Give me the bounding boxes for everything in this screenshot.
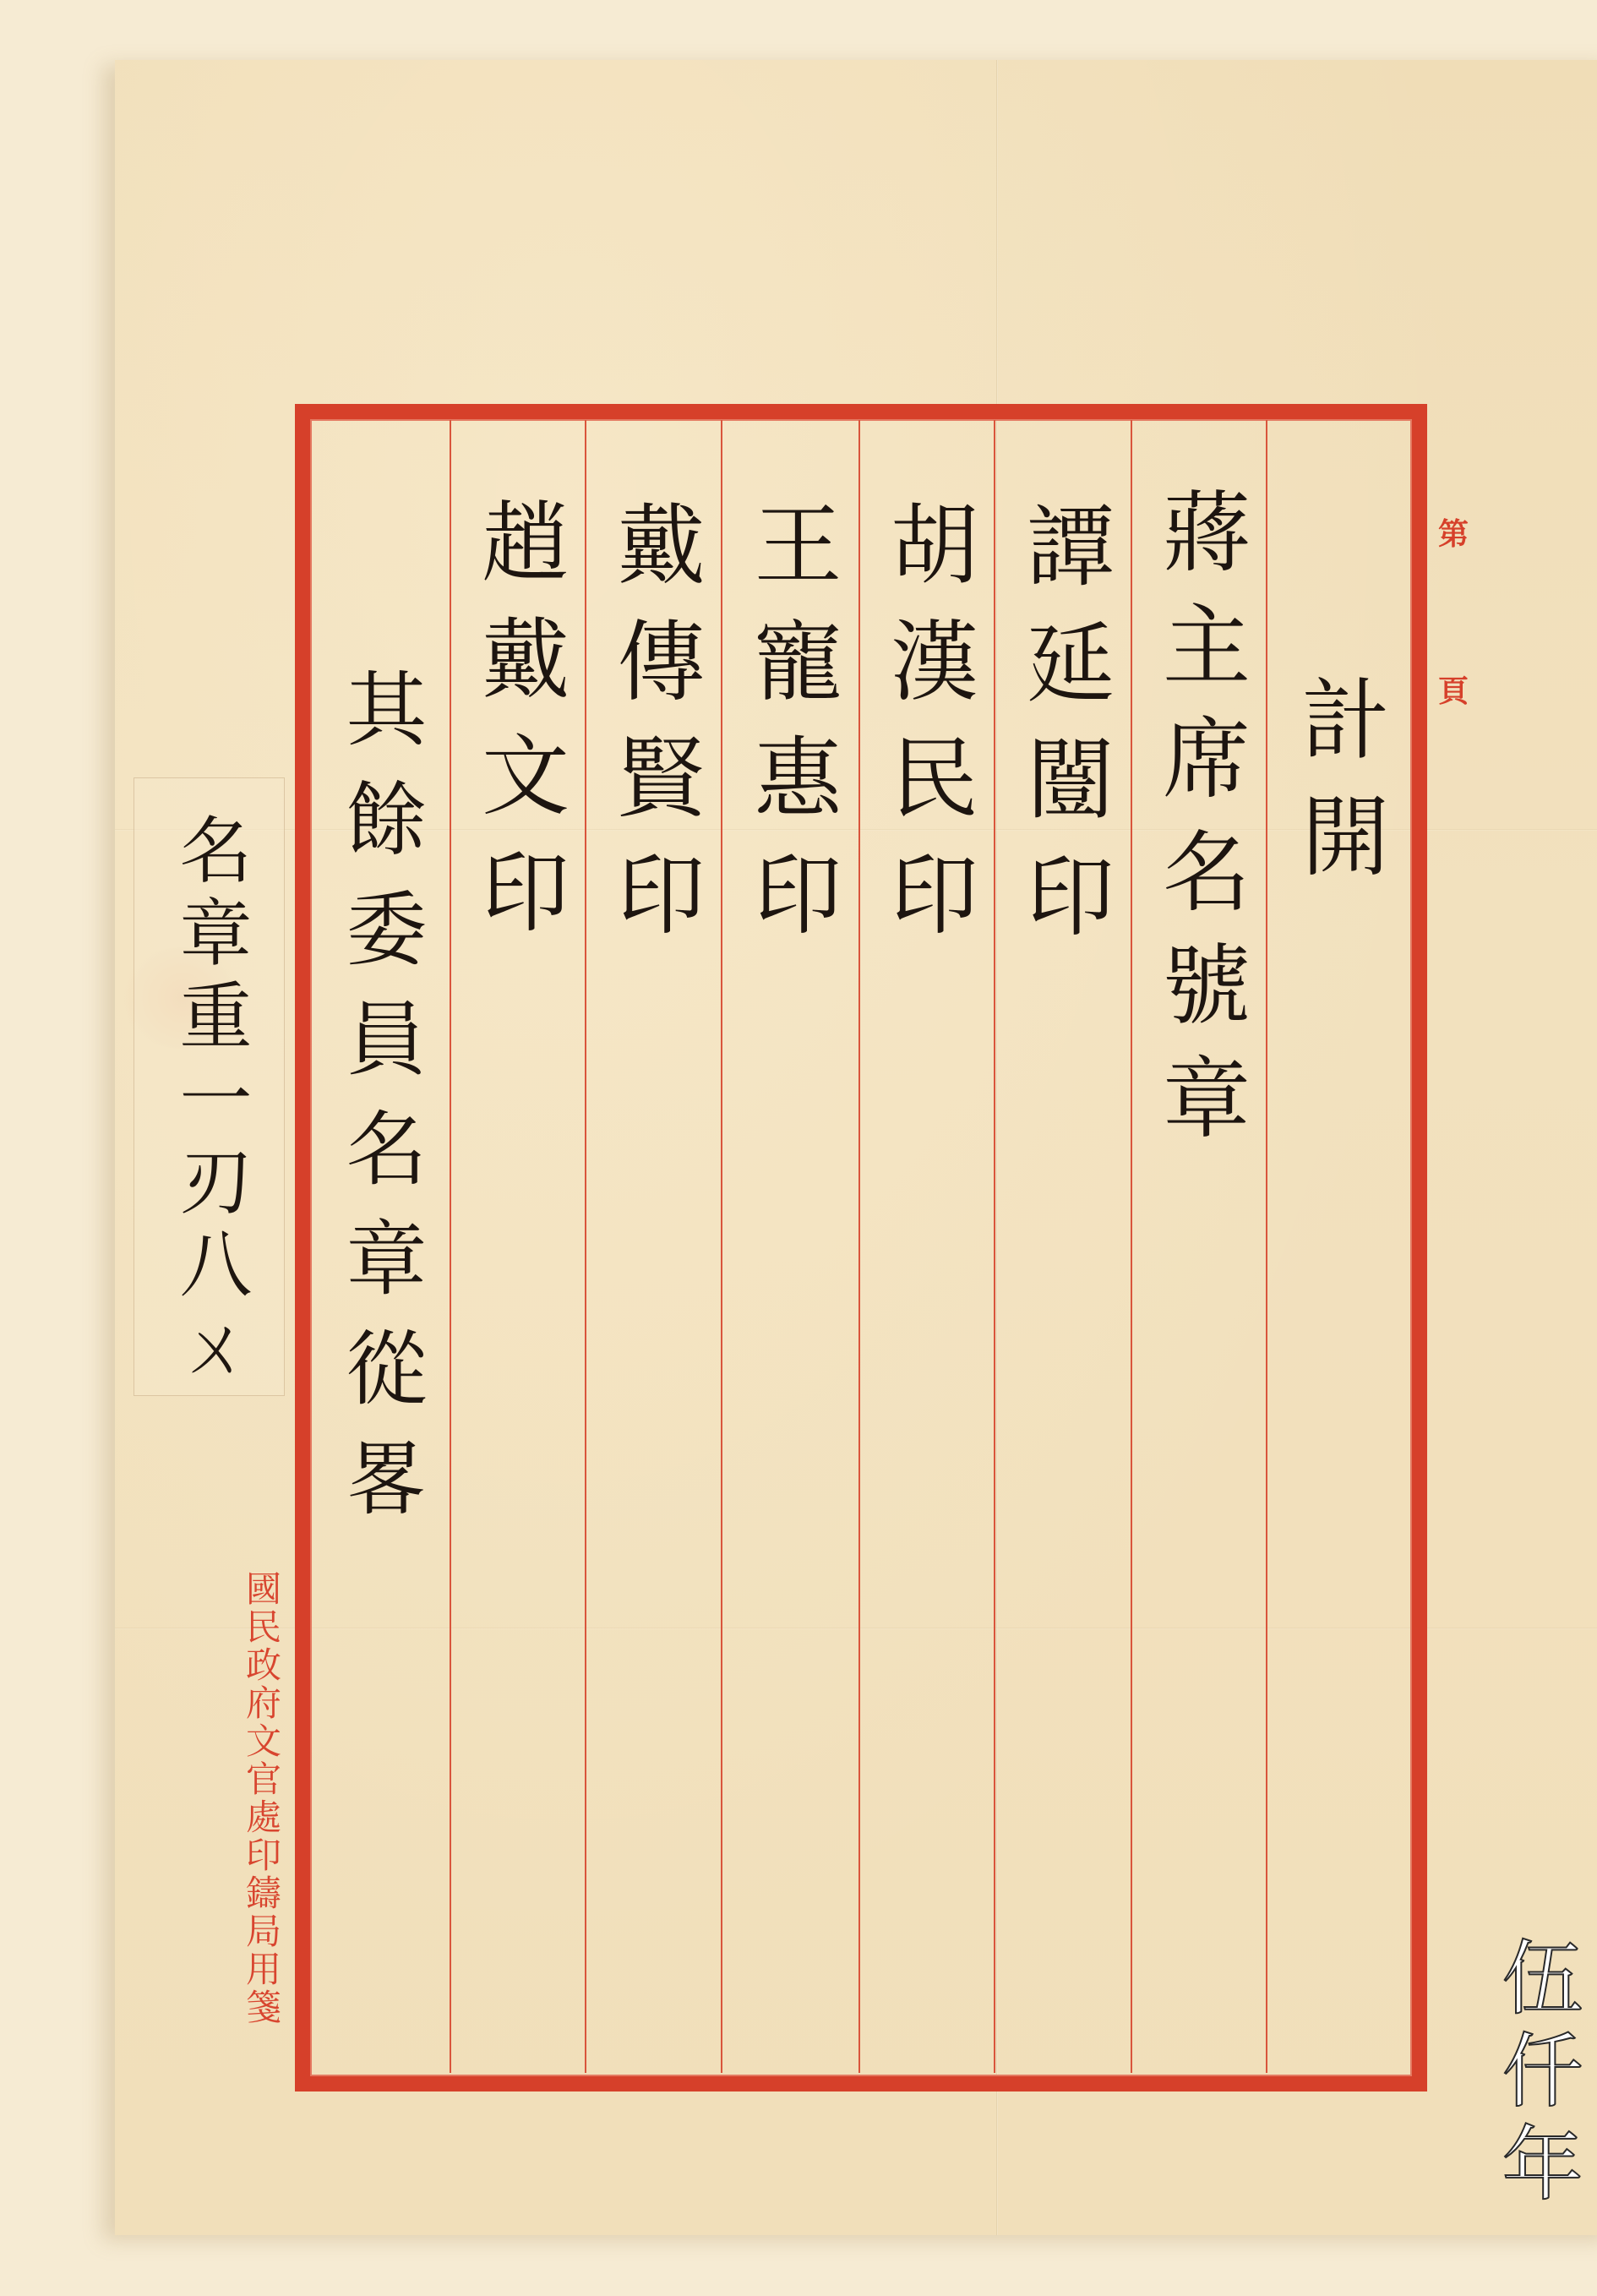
column-seal-tan: 譚延闓印 [995,420,1132,2073]
page-marker-bottom: 頁 [1438,668,1469,711]
column-text: 王寵惠印 [722,499,858,965]
column-seal-dai: 戴傳賢印 [586,420,722,2073]
column-remaining-members: 其餘委員名章從畧 [311,420,451,2073]
column-text: 胡漢民印 [860,499,994,965]
column-text: 其餘委員名章從畧 [311,667,450,1546]
stationery-imprint: 國民政府文官處印鑄局用箋 [243,1570,279,2026]
column-text: 計開 [1267,674,1409,907]
column-text: 譚延闓印 [995,500,1131,967]
column-seal-zhao: 趙戴文印 [451,420,586,2073]
pasted-note-slip: 名章重一刃八ㄨ [134,777,285,1396]
column-text: 趙戴文印 [451,496,585,963]
column-text: 戴傳賢印 [586,499,721,965]
column-seal-chiang: 蔣主席名號章 [1132,420,1267,2073]
page-marker-top: 第 [1438,510,1469,554]
seal-weight-note: 名章重一刃八ㄨ [134,812,284,1392]
column-heading: 計開 [1267,420,1409,2073]
ruled-columns: 計開 蔣主席名號章 譚延闓印 胡漢民印 王寵惠印 戴傳賢印 趙戴文印 其餘委員名… [311,420,1409,2073]
column-seal-wang: 王寵惠印 [722,420,860,2073]
watermark-text: 伍仟年 [1496,1935,1577,2214]
column-seal-hu: 胡漢民印 [860,420,995,2073]
column-text: 蔣主席名號章 [1132,486,1266,1165]
